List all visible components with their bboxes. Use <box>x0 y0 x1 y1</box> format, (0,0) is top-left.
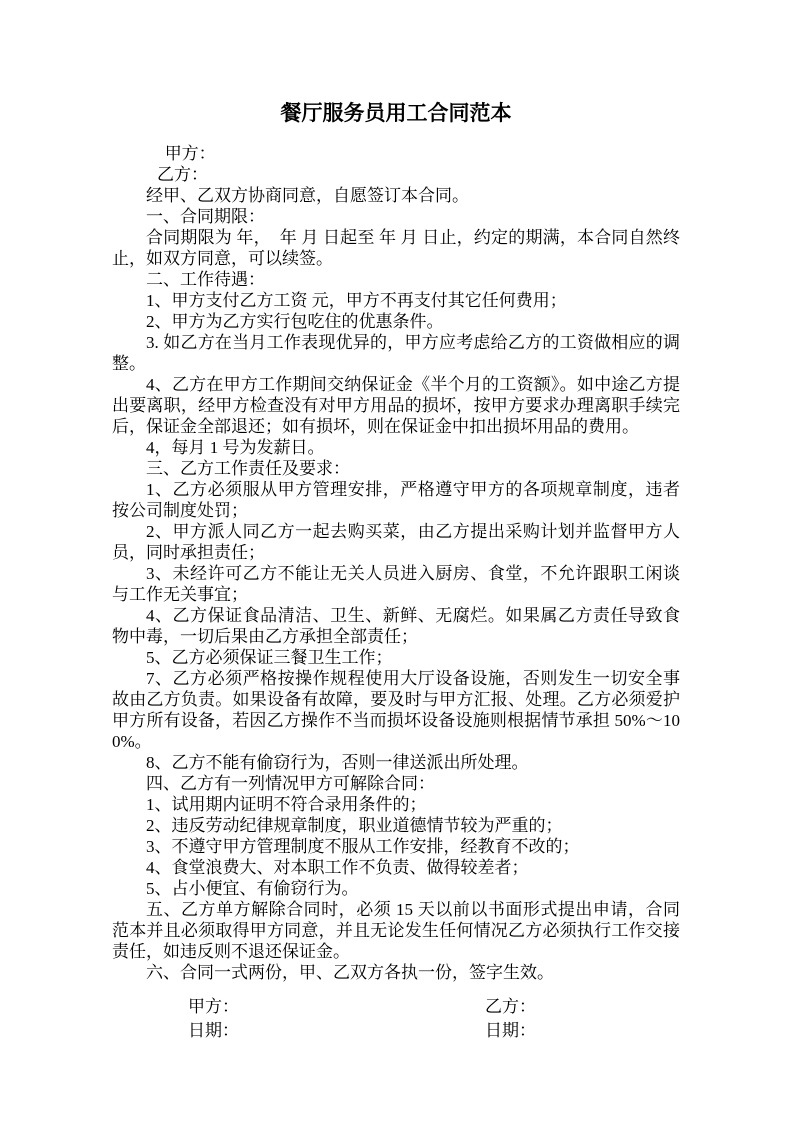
paragraph: 五、乙方单方解除合同时，必须 15 天以前以书面形式提出申请，合同范本并且必须取… <box>112 899 680 962</box>
party-a-date-label: 日期： <box>188 1019 680 1043</box>
paragraph: 甲方： <box>112 143 680 164</box>
paragraph: 2、甲方派人同乙方一起去购买菜，由乙方提出采购计划并监督甲方人员，同时承担责任； <box>112 521 680 563</box>
paragraph: 5、占小便宜、有偷窃行为。 <box>112 878 680 899</box>
document-title: 餐厅服务员用工合同范本 <box>112 98 680 128</box>
paragraph: 一、合同期限： <box>112 206 680 227</box>
party-b-date-label: 日期： <box>485 1019 536 1043</box>
paragraph: 4，每月 1 号为发薪日。 <box>112 437 680 458</box>
paragraph: 二、工作待遇： <box>112 269 680 290</box>
paragraph: 六、合同一式两份，甲、乙双方各执一份，签字生效。 <box>112 962 680 983</box>
paragraph: 4、乙方保证食品清洁、卫生、新鲜、无腐烂。如果属乙方责任导致食物中毒，一切后果由… <box>112 605 680 647</box>
paragraph: 2、甲方为乙方实行包吃住的优惠条件。 <box>112 311 680 332</box>
paragraph: 1、试用期内证明不符合录用条件的； <box>112 794 680 815</box>
paragraph: 经甲、乙双方协商同意，自愿签订本合同。 <box>112 185 680 206</box>
document-page: 餐厅服务员用工合同范本 甲方：乙方：经甲、乙双方协商同意，自愿签订本合同。一、合… <box>0 0 793 1122</box>
signature-party-a: 甲方： 日期： <box>188 995 680 1043</box>
paragraph: 3、未经许可乙方不能让无关人员进入厨房、食堂，不允许跟职工闲谈与工作无关事宜； <box>112 563 680 605</box>
party-b-label: 乙方： <box>485 995 536 1019</box>
paragraph: 四、乙方有一列情况甲方可解除合同： <box>112 773 680 794</box>
document-body: 甲方：乙方：经甲、乙双方协商同意，自愿签订本合同。一、合同期限：合同期限为 年，… <box>112 143 680 983</box>
signature-party-b: 乙方： 日期： <box>485 995 536 1043</box>
paragraph: 1、甲方支付乙方工资 元，甲方不再支付其它任何费用； <box>112 290 680 311</box>
paragraph: 三、乙方工作责任及要求： <box>112 458 680 479</box>
paragraph: 4、乙方在甲方工作期间交纳保证金《半个月的工资额》。如中途乙方提出要离职，经甲方… <box>112 374 680 437</box>
paragraph: 5、乙方必须保证三餐卫生工作； <box>112 647 680 668</box>
paragraph: 2、违反劳动纪律规章制度，职业道德情节较为严重的； <box>112 815 680 836</box>
paragraph: 8、乙方不能有偷窃行为，否则一律送派出所处理。 <box>112 752 680 773</box>
paragraph: 3、不遵守甲方管理制度不服从工作安排，经教育不改的； <box>112 836 680 857</box>
paragraph: 7、乙方必须严格按操作规程使用大厅设备设施，否则发生一切安全事故由乙方负责。如果… <box>112 668 680 752</box>
paragraph: 合同期限为 年， 年 月 日起至 年 月 日止，约定的期满，本合同自然终止，如双… <box>112 227 680 269</box>
party-a-label: 甲方： <box>188 995 680 1019</box>
paragraph: 3. 如乙方在当月工作表现优异的，甲方应考虑给乙方的工资做相应的调整。 <box>112 332 680 374</box>
paragraph: 1、乙方必须服从甲方管理安排，严格遵守甲方的各项规章制度，违者按公司制度处罚； <box>112 479 680 521</box>
signature-block: 甲方： 日期： 乙方： 日期： <box>112 995 680 1043</box>
paragraph: 乙方： <box>112 164 680 185</box>
paragraph: 4、食堂浪费大、对本职工作不负责、做得较差者； <box>112 857 680 878</box>
